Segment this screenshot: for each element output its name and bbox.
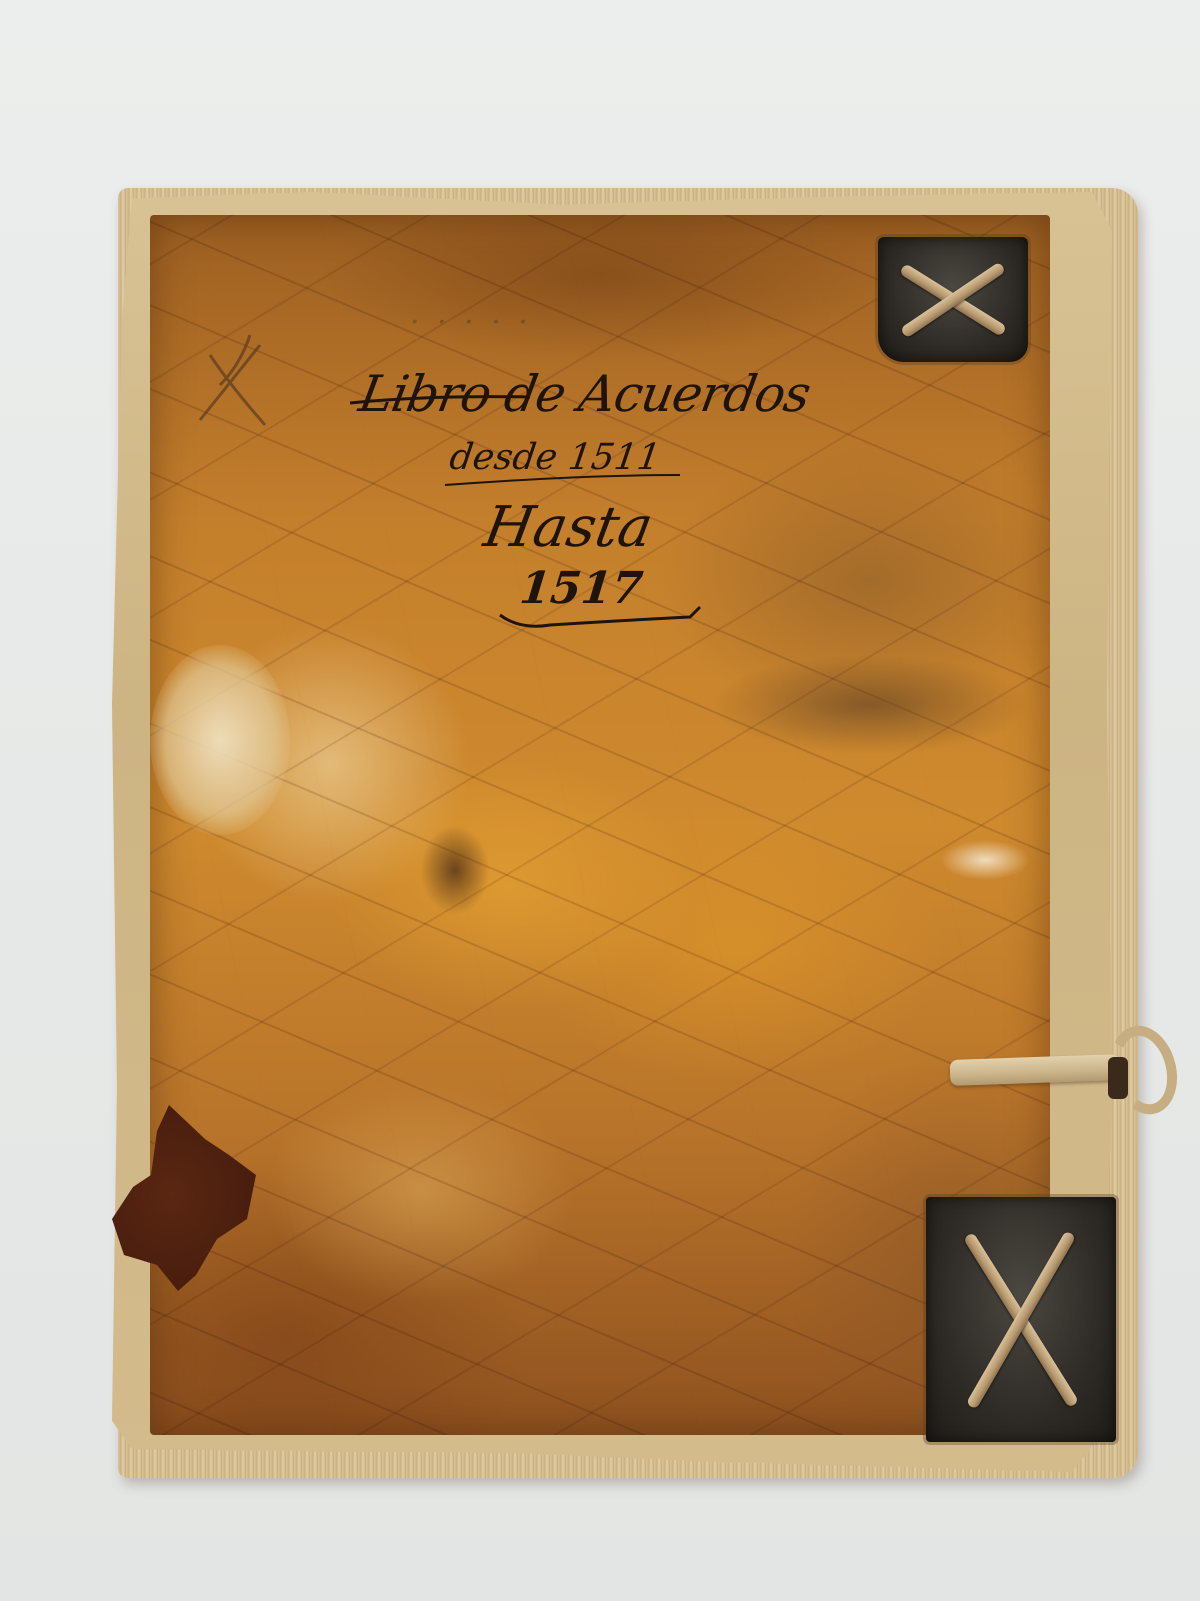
pen-flourish-icon	[350, 285, 870, 665]
corner-piece-top-right	[878, 237, 1028, 362]
corner-piece-bottom-right	[926, 1197, 1116, 1442]
light-worn-patch-left	[150, 645, 290, 835]
handwritten-inscription: · · · · · Libro de Acuerdos desde 1511 H…	[350, 285, 870, 645]
scratched-mark-icon	[190, 325, 280, 435]
dark-stain-mid	[420, 825, 490, 915]
dark-stain-right	[710, 655, 1030, 755]
light-worn-patch-right	[940, 840, 1030, 880]
photo-scene: · · · · · Libro de Acuerdos desde 1511 H…	[0, 0, 1200, 1601]
book-cover: · · · · · Libro de Acuerdos desde 1511 H…	[150, 215, 1050, 1435]
